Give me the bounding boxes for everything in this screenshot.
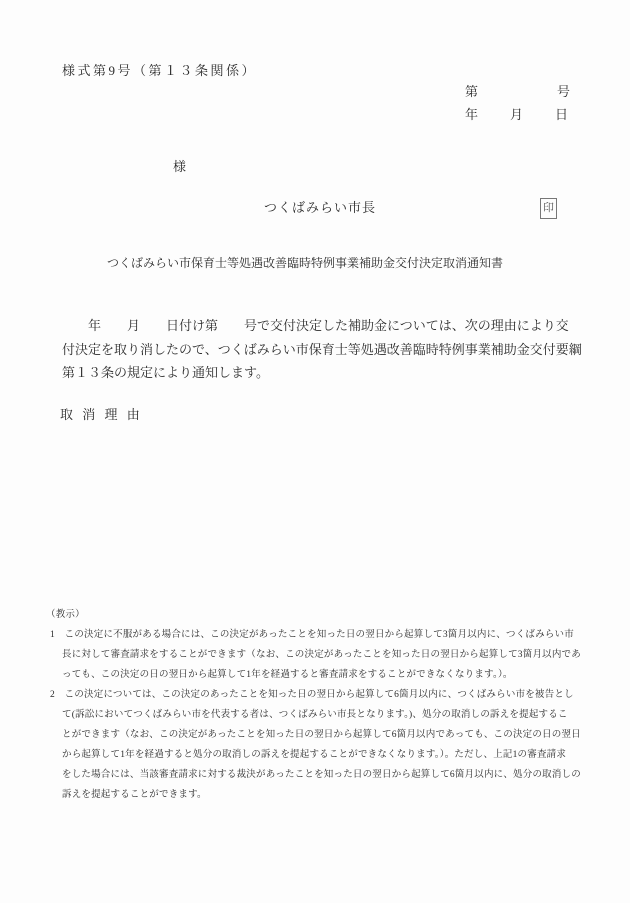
date-line: 年 月 日 xyxy=(465,108,568,121)
kyoji-item1-line: 1 この決定に不服がある場合には、この決定があったことを知った日の翌日から起算し… xyxy=(50,631,574,641)
date-month-label: 月 xyxy=(510,108,523,121)
document-title: つくばみらい市保育士等処遇改善臨時特例事業補助金交付決定取消通知書 xyxy=(107,257,503,269)
body-line: 年 月 日付け第 号で交付決定した補助金については、次の理由により交 xyxy=(62,314,577,338)
document-page: 様式第9号（第１３条関係） 第 号 年 月 日 様 つくばみらい市長 印 つくば… xyxy=(0,0,630,903)
seal-stamp-box: 印 xyxy=(540,198,557,219)
body-line: 第１３条の規定により通知します。 xyxy=(62,361,577,385)
kyoji-item2-line: て(訴訟においてつくばみらい市を代表する者は、つくばみらい市長となります。)、処… xyxy=(62,711,568,721)
date-day-label: 日 xyxy=(555,108,568,121)
date-year-label: 年 xyxy=(465,108,478,121)
kyoji-item1-line: っても、この決定の日の翌日から起算して1年を経過すると審査請求をすることができな… xyxy=(62,671,513,681)
body-paragraph: 年 月 日付け第 号で交付決定した補助金については、次の理由により交 付決定を取… xyxy=(62,314,577,385)
addressee-honorific: 様 xyxy=(173,160,186,173)
document-number-line: 第 号 xyxy=(465,85,570,98)
kyoji-item2-line: から起算して1年を経過すると処分の取消しの訴えを提起することができなくなります。… xyxy=(62,751,566,761)
cancellation-reason-label: 取 消 理 由 xyxy=(60,408,143,421)
doc-number-suffix: 号 xyxy=(557,85,570,98)
kyoji-header: （教示） xyxy=(46,611,85,621)
kyoji-item1-line: 長に対して審査請求をすることができます（なお、この決定があったことを知った日の翌… xyxy=(62,651,581,661)
kyoji-item2-line: 訴えを提起することができます。 xyxy=(62,791,207,801)
kyoji-item2-line: をした場合には、当該審査請求に対する裁決があったことを知った日の翌日から起算して… xyxy=(62,771,581,781)
body-line: 付決定を取り消したので、つくばみらい市保育士等処遇改善臨時特例事業補助金交付要綱 xyxy=(62,338,577,362)
form-number: 様式第9号（第１３条関係） xyxy=(62,64,257,77)
sender-title: つくばみらい市長 xyxy=(264,201,376,214)
kyoji-item2-line: 2 この決定については、この決定のあったことを知った日の翌日から起算して6箇月以… xyxy=(50,691,574,701)
doc-number-prefix: 第 xyxy=(465,85,478,98)
kyoji-item2-line: とができます（なお、この決定があったことを知った日の翌日から起算して6箇月以内で… xyxy=(62,731,581,741)
